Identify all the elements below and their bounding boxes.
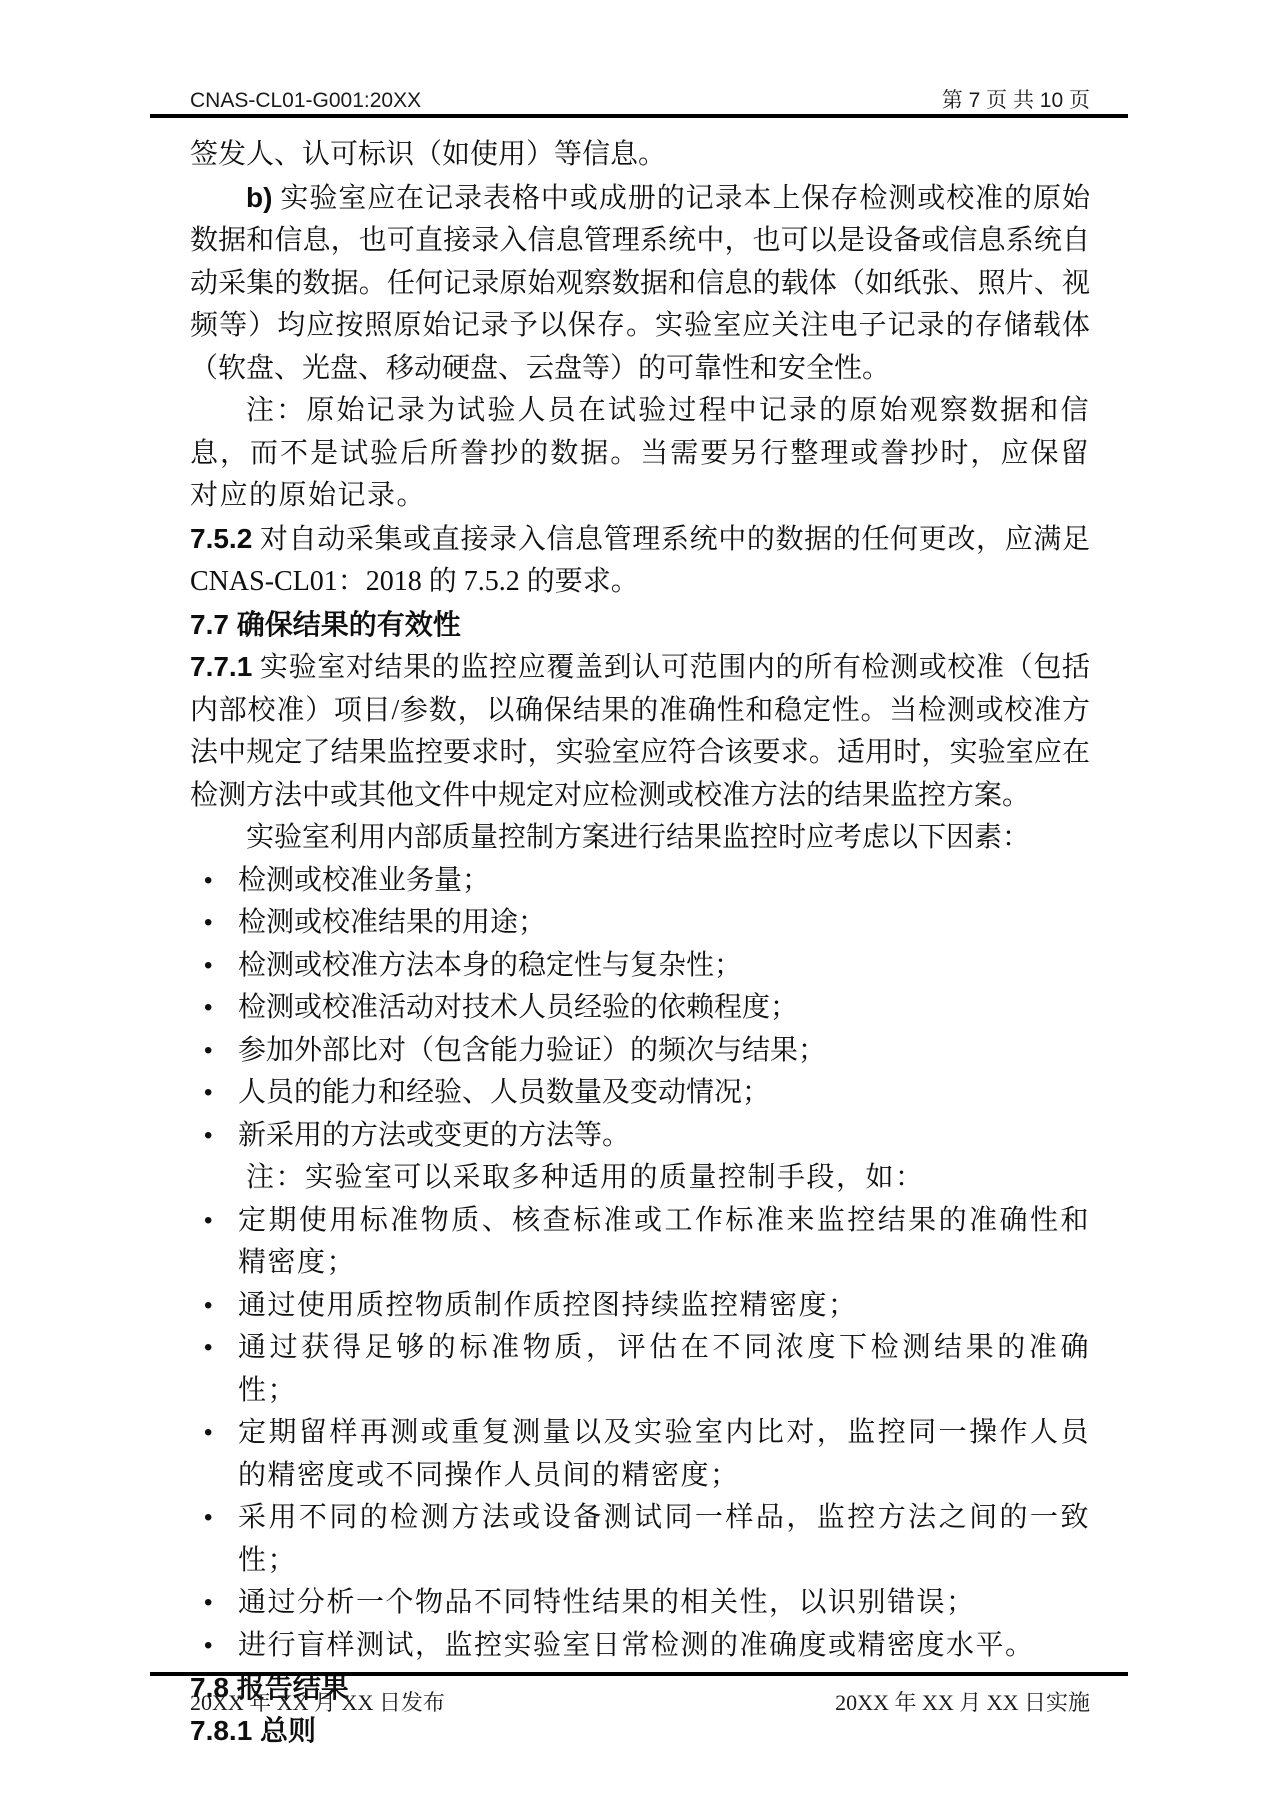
bullet-marker: • [190,987,238,1030]
qc-method-item: •通过使用质控物质制作质控图持续监控精密度； [190,1285,1090,1328]
bullet-marker: • [190,1200,238,1285]
bullet-text: 新采用的方法或变更的方法等。 [238,1115,1090,1158]
paragraph-continuation: 签发人、认可标识（如使用）等信息。 [190,134,1090,177]
document-page: CNAS-CL01-G001:20XX 第 7 页 共 10 页 签发人、认可标… [0,0,1280,1810]
document-body: 签发人、认可标识（如使用）等信息。b) 实验室应在记录表格中或成册的记录本上保存… [190,134,1090,1752]
paragraph-item-b: b) 实验室应在记录表格中或成册的记录本上保存检测或校准的原始数据和信息，也可直… [190,177,1090,391]
bullet-text: 采用不同的检测方法或设备测试同一样品，监控方法之间的一致性； [238,1497,1090,1582]
bullet-marker: • [190,1285,238,1328]
bullet-marker: • [190,1115,238,1158]
bullet-text: 检测或校准业务量； [238,860,1090,903]
qc-method-item: •采用不同的检测方法或设备测试同一样品，监控方法之间的一致性； [190,1497,1090,1582]
intro-internal-qc-factors: 实验室利用内部质量控制方案进行结果监控时应考虑以下因素： [190,817,1090,860]
qc-method-item: •通过分析一个物品不同特性结果的相关性，以识别错误； [190,1582,1090,1625]
factor-item: •人员的能力和经验、人员数量及变动情况； [190,1072,1090,1115]
bullet-marker: • [190,1327,238,1412]
qc-method-item: •定期留样再测或重复测量以及实验室内比对，监控同一操作人员的精密度或不同操作人员… [190,1412,1090,1497]
bullet-text: 通过使用质控物质制作质控图持续监控精密度； [238,1285,1090,1328]
bullet-text: 定期使用标准物质、核查标准或工作标准来监控结果的准确性和精密度； [238,1200,1090,1285]
header-page-number: 第 7 页 共 10 页 [942,84,1090,114]
bullet-marker: • [190,1625,238,1668]
factor-item: •新采用的方法或变更的方法等。 [190,1115,1090,1158]
qc-method-item: •通过获得足够的标准物质，评估在不同浓度下检测结果的准确性； [190,1327,1090,1412]
factor-item: •检测或校准结果的用途； [190,902,1090,945]
factor-item: •检测或校准活动对技术人员经验的依赖程度； [190,987,1090,1030]
bullet-text: 定期留样再测或重复测量以及实验室内比对，监控同一操作人员的精密度或不同操作人员间… [238,1412,1090,1497]
qc-method-item: •定期使用标准物质、核查标准或工作标准来监控结果的准确性和精密度； [190,1200,1090,1285]
bullet-text: 参加外部比对（包含能力验证）的频次与结果； [238,1030,1090,1073]
bullet-marker: • [190,945,238,988]
bullet-marker: • [190,1497,238,1582]
footer-rule [150,1672,1128,1676]
footer-implement-date: 20XX 年 XX 月 XX 日实施 [835,1686,1090,1717]
clause-number: 7.7.1 [190,651,252,682]
bullet-text: 通过分析一个物品不同特性结果的相关性，以识别错误； [238,1582,1090,1625]
qc-method-item: •进行盲样测试，监控实验室日常检测的准确度或精密度水平。 [190,1625,1090,1668]
heading-7-7: 7.7 确保结果的有效性 [190,604,1090,647]
bullet-marker: • [190,860,238,903]
clause-7-5-2: 7.5.2 对自动采集或直接录入信息管理系统中的数据的任何更改，应满足 CNAS… [190,518,1090,604]
bullet-text: 进行盲样测试，监控实验室日常检测的准确度或精密度水平。 [238,1625,1090,1668]
factor-item: •检测或校准方法本身的稳定性与复杂性； [190,945,1090,988]
clause-number: 7.5.2 [190,523,252,554]
factor-item: •检测或校准业务量； [190,860,1090,903]
bullet-marker: • [190,1582,238,1625]
bullet-text: 通过获得足够的标准物质，评估在不同浓度下检测结果的准确性； [238,1327,1090,1412]
bullet-marker: • [190,902,238,945]
bullet-text: 人员的能力和经验、人员数量及变动情况； [238,1072,1090,1115]
page-footer: 20XX 年 XX 月 XX 日发布 20XX 年 XX 月 XX 日实施 [190,1686,1090,1717]
note-original-records: 注：原始记录为试验人员在试验过程中记录的原始观察数据和信息，而不是试验后所誊抄的… [190,390,1090,518]
footer-release-date: 20XX 年 XX 月 XX 日发布 [190,1686,445,1717]
factor-item: •参加外部比对（包含能力验证）的频次与结果； [190,1030,1090,1073]
bullet-marker: • [190,1412,238,1497]
header-doc-code: CNAS-CL01-G001:20XX [190,89,421,113]
bullet-text: 检测或校准活动对技术人员经验的依赖程度； [238,987,1090,1030]
page-header: CNAS-CL01-G001:20XX 第 7 页 共 10 页 [190,84,1090,114]
bullet-text: 检测或校准方法本身的稳定性与复杂性； [238,945,1090,988]
bullet-marker: • [190,1072,238,1115]
header-rule [150,114,1128,118]
clause-7-7-1: 7.7.1 实验室对结果的监控应覆盖到认可范围内的所有检测或校准（包括内部校准）… [190,646,1090,817]
note-qc-methods: 注：实验室可以采取多种适用的质量控制手段，如： [190,1157,1090,1200]
bullet-text: 检测或校准结果的用途； [238,902,1090,945]
bullet-marker: • [190,1030,238,1073]
clause-number: b) [246,182,272,213]
